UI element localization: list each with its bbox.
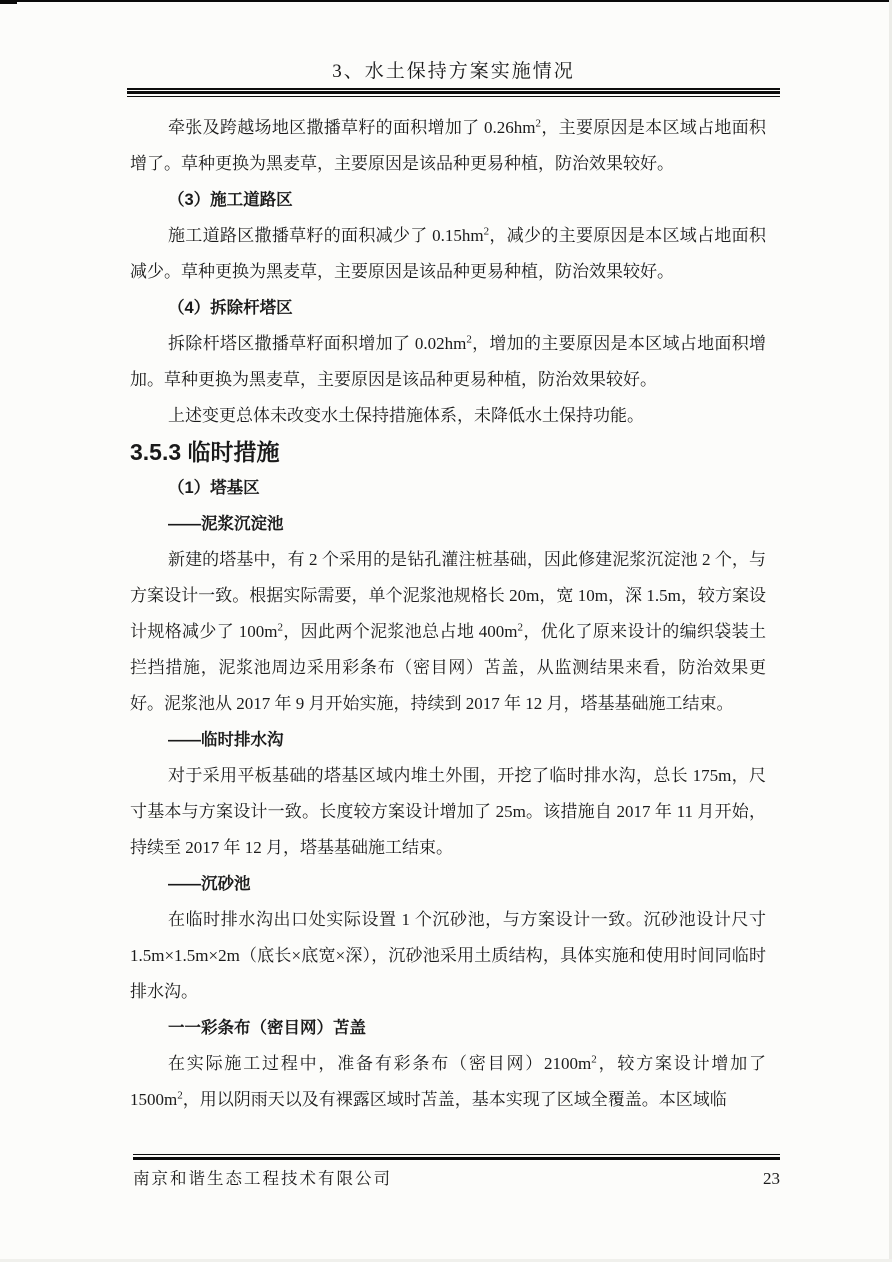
header-double-rule <box>127 88 780 97</box>
paragraph: 施工道路区撒播草籽的面积减少了 0.15hm2，减少的主要原因是本区域占地面积减… <box>130 218 766 290</box>
paragraph: 拆除杆塔区撒播草籽面积增加了 0.02hm2，增加的主要原因是本区域占地面积增加… <box>130 326 766 398</box>
document-page: 3、水土保持方案实施情况 牵张及跨越场地区撒播草籽的面积增加了 0.26hm2，… <box>0 0 892 1262</box>
subheading: （3）施工道路区 <box>130 182 766 218</box>
dash-heading: ——沉砂池 <box>130 866 766 902</box>
page-footer: 南京和谐生态工程技术有限公司 23 <box>133 1166 780 1192</box>
scan-artifact-top-line <box>0 0 892 2</box>
footer-double-rule <box>133 1154 780 1160</box>
paragraph: 对于采用平板基础的塔基区域内堆土外围，开挖了临时排水沟，总长 175m，尺寸基本… <box>130 758 766 866</box>
document-body: 牵张及跨越场地区撒播草籽的面积增加了 0.26hm2，主要原因是本区域占地面积增… <box>130 110 766 1118</box>
dash-heading: ——临时排水沟 <box>130 722 766 758</box>
footer-company-name: 南京和谐生态工程技术有限公司 <box>133 1166 392 1192</box>
section-heading: 3.5.3 临时措施 <box>130 434 766 470</box>
footer-page-number: 23 <box>763 1166 780 1192</box>
subheading: （4）拆除杆塔区 <box>130 290 766 326</box>
dash-heading: 一一彩条布（密目网）苫盖 <box>130 1010 766 1046</box>
page-header-title: 3、水土保持方案实施情况 <box>127 56 780 83</box>
paragraph: 新建的塔基中，有 2 个采用的是钻孔灌注桩基础，因此修建泥浆沉淀池 2 个，与方… <box>130 542 766 722</box>
paragraph: 上述变更总体未改变水土保持措施体系，未降低水土保持功能。 <box>130 398 766 434</box>
dash-heading: ——泥浆沉淀池 <box>130 506 766 542</box>
paragraph: 在实际施工过程中，准备有彩条布（密目网）2100m2，较方案设计增加了 1500… <box>130 1046 766 1118</box>
subheading: （1）塔基区 <box>130 470 766 506</box>
scan-artifact-top-left-blob <box>0 0 17 4</box>
paragraph: 在临时排水沟出口处实际设置 1 个沉砂池，与方案设计一致。沉砂池设计尺寸 1.5… <box>130 902 766 1010</box>
paragraph: 牵张及跨越场地区撒播草籽的面积增加了 0.26hm2，主要原因是本区域占地面积增… <box>130 110 766 182</box>
